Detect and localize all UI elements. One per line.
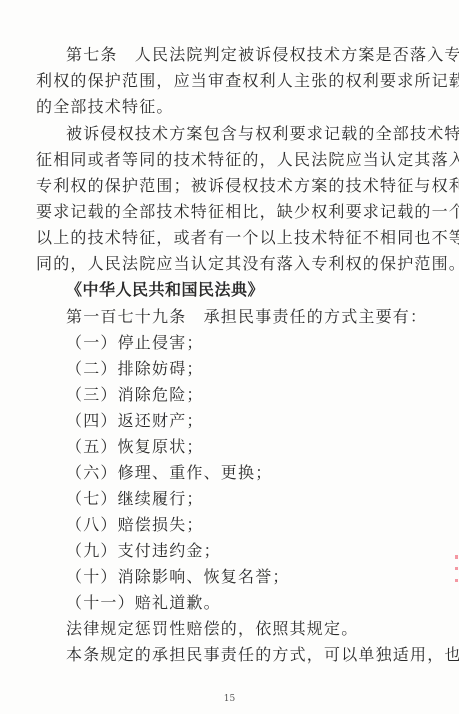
closing-line: 本条规定的承担民事责任的方式，可以单独适用，也 [66,645,459,665]
article7-para2-line-5: 以上的技术特征，或者有一个以上技术特征不相同也不等 [36,228,459,248]
punitive-damages-line: 法律规定惩罚性赔偿的，依照其规定。 [66,619,358,639]
list-item: （一）停止侵害； [66,333,204,353]
list-item: （十一）赔礼道歉。 [66,593,221,613]
page-number: 15 [0,694,459,704]
list-item: （二）排除妨碍； [66,359,204,379]
article7-para2-line-1: 被诉侵权技术方案包含与权利要求记载的全部技术特 [66,124,459,144]
red-seal-edge-mark [455,555,458,585]
article7-para2-line-4: 要求记载的全部技术特征相比，缺少权利要求记载的一个 [36,202,459,222]
list-item: （五）恢复原状； [66,437,204,457]
list-item: （三）消除危险； [66,385,204,405]
article179-heading: 第一百七十九条 承担民事责任的方式主要有： [66,307,427,327]
article7-para2-line-2: 征相同或者等同的技术特征的，人民法院应当认定其落入 [36,150,459,170]
civil-code-title: 《中华人民共和国民法典》 [66,280,264,300]
list-item: （四）返还财产； [66,411,204,431]
list-item: （九）支付违约金； [66,541,221,561]
list-item: （十）消除影响、恢复名誉； [66,567,290,587]
article7-line-1: 第七条 人民法院判定被诉侵权技术方案是否落入专 [66,45,459,65]
article7-para2-line-3: 专利权的保护范围；被诉侵权技术方案的技术特征与权利 [36,176,459,196]
list-item: （七）继续履行； [66,489,204,509]
article7-para2-line-6: 同的，人民法院应当认定其没有落入专利权的保护范围。 [36,254,459,274]
list-item: （八）赔偿损失； [66,515,204,535]
article7-line-2: 利权的保护范围，应当审查权利人主张的权利要求所记载 [36,71,459,91]
article7-line-3: 的全部技术特征。 [36,97,174,117]
list-item: （六）修理、重作、更换； [66,463,272,483]
